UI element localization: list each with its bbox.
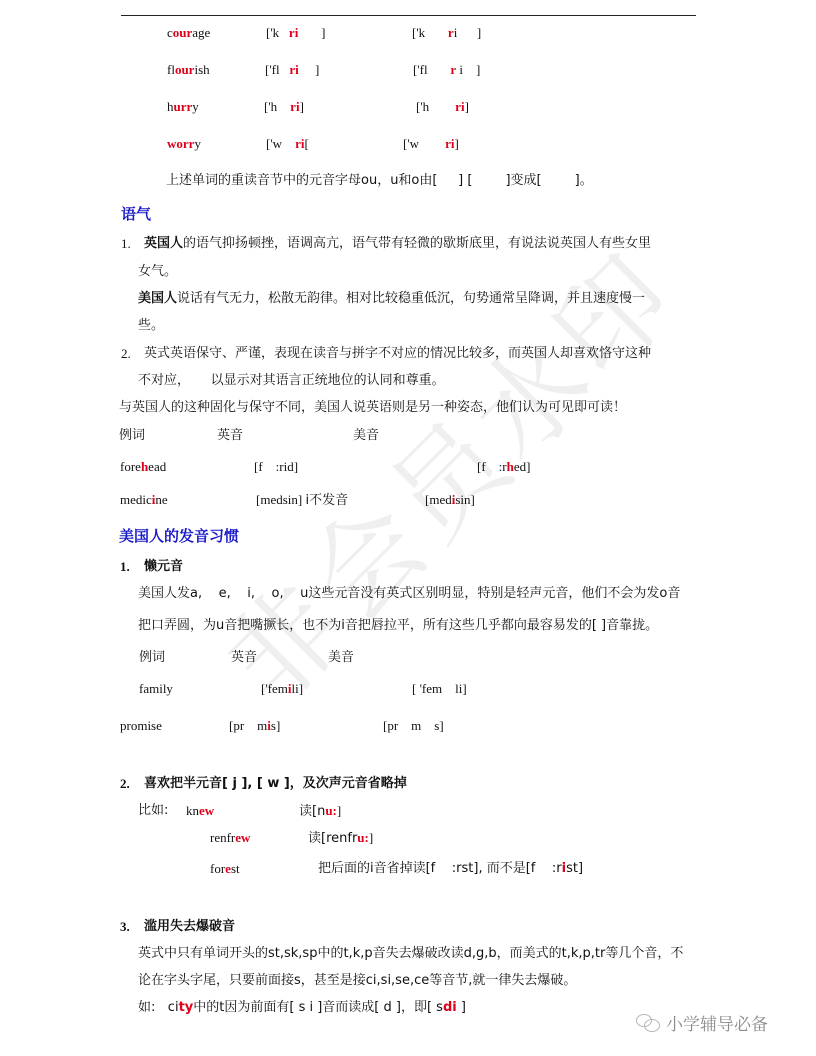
example-promise-us: [pr m s] (383, 717, 444, 735)
example-medicine-word: medicine (120, 491, 168, 509)
habit1-head-uk: 英音 (231, 649, 257, 667)
tone-item2-cont: 不对应， 以显示对其语言正统地位的认同和尊重。 (138, 372, 445, 390)
example-family-us: [ 'fem li] (412, 680, 467, 698)
habit1-line1: 美国人发a, e, i, o, u这些元音没有英式区别明显，特别是轻声元音，他们… (138, 585, 680, 603)
table-head-word: 例词 (119, 427, 145, 445)
brand-label: 小学辅导必备 (666, 1010, 768, 1035)
heading-tone: 语气 (121, 205, 151, 223)
habit2-label: 比如: (138, 802, 168, 820)
example-promise-uk: [pr mis] (229, 717, 280, 735)
example-forest-word: forest (210, 860, 240, 878)
tone-item2-number: 2. (121, 345, 131, 363)
habit1-title: 懒元音 (144, 558, 183, 576)
example-knew-word: knew (186, 802, 214, 820)
tone-item1-cont: 女气。 (138, 263, 177, 281)
tone-item1-text: 英国人的语气抑扬顿挫，语调高亢，语气带有轻微的歇斯底里，有说法说英国人有些女里 (144, 235, 651, 253)
example-medicine-us: [medisin] (425, 491, 475, 509)
habit3-example: 如: city中的t因为前面有[ s i ]音而读成[ d ]，即[ sdi ] (138, 999, 466, 1017)
example-medicine-uk: [medsin] i不发音 (256, 491, 348, 510)
word-hurry: hurry (167, 98, 199, 116)
word-flourish: flourish (167, 61, 210, 79)
habit1-head-word: 例词 (139, 649, 165, 667)
uk-courage: ['k ri ] (266, 24, 325, 42)
tone-contrast: 与英国人的这种固化与保守不同，美国人说英语则是另一种姿态，他们认为可见即可读！ (119, 399, 626, 417)
habit2-title: 喜欢把半元音[ j ], [ w ]，及次声元音省略掉 (144, 775, 407, 793)
example-knew-read: 读[nu:] (299, 802, 341, 821)
vowel-summary: 上述单词的重读音节中的元音字母ou，u和o由[ ] [ ]变成[ ]。 (166, 172, 593, 190)
example-promise-word: promise (120, 717, 162, 735)
wechat-icon (636, 1014, 660, 1032)
habit3-number: 3. (120, 918, 130, 936)
habit3-line2: 论在字头字尾，只要前面接s，甚至是接ci,si,se,ce等音节,就一律失去爆破… (138, 972, 576, 990)
table-head-us: 美音 (353, 427, 379, 445)
tone-item2-text: 英式英语保守、严谨，表现在读音与拼字不对应的情况比较多，而英国人却喜欢恪守这种 (144, 345, 651, 363)
example-family-uk: ['femili] (261, 680, 303, 698)
tone-item1b-text: 美国人说话有气无力，松散无韵律。相对比较稳重低沉，句势通常呈降调，并且速度慢一 (138, 290, 645, 308)
example-forest-read: 把后面的i音省掉读[f :rst], 而不是[f :rist] (318, 860, 583, 878)
us-hurry: ['h ri] (416, 98, 469, 116)
document-page: 非会员水印 courage ['k ri ] ['k ri ] flourish… (0, 0, 816, 1056)
example-renfrew-read: 读[renfru:] (308, 829, 373, 848)
word-courage: courage (167, 24, 210, 42)
example-forehead-word: forehead (120, 458, 166, 476)
example-renfrew-word: renfrew (210, 829, 250, 847)
brand-mark: 小学辅导必备 (636, 1010, 768, 1035)
habit1-number: 1. (120, 558, 130, 576)
example-forehead-uk: [f :rid] (254, 458, 298, 476)
word-worry: worry (167, 135, 201, 153)
uk-flourish: ['fl ri ] (265, 61, 319, 79)
header-rule (121, 15, 696, 16)
tone-item1b-cont: 些。 (138, 317, 164, 335)
uk-hurry: ['h ri] (264, 98, 304, 116)
habit1-line2: 把口弄圆，为u音把嘴撅长，也不为i音把唇拉平，所有这些几乎都向最容易发的[ ]音… (138, 617, 658, 635)
us-worry: ['w ri] (403, 135, 459, 153)
example-forehead-us: [f :rhed] (477, 458, 530, 476)
us-flourish: ['fl r i ] (413, 61, 480, 79)
tone-item1-number: 1. (121, 235, 131, 253)
heading-habits: 美国人的发音习惯 (119, 527, 239, 545)
table-head-uk: 英音 (217, 427, 243, 445)
habit3-line1: 英式中只有单词开头的st,sk,sp中的t,k,p音失去爆破改读d,g,b，而美… (138, 945, 683, 963)
uk-worry: ['w ri[ (266, 135, 309, 153)
us-courage: ['k ri ] (412, 24, 481, 42)
example-family-word: family (139, 680, 173, 698)
habit3-title: 滥用失去爆破音 (144, 918, 235, 936)
habit2-number: 2. (120, 775, 130, 793)
habit1-head-us: 美音 (328, 649, 354, 667)
